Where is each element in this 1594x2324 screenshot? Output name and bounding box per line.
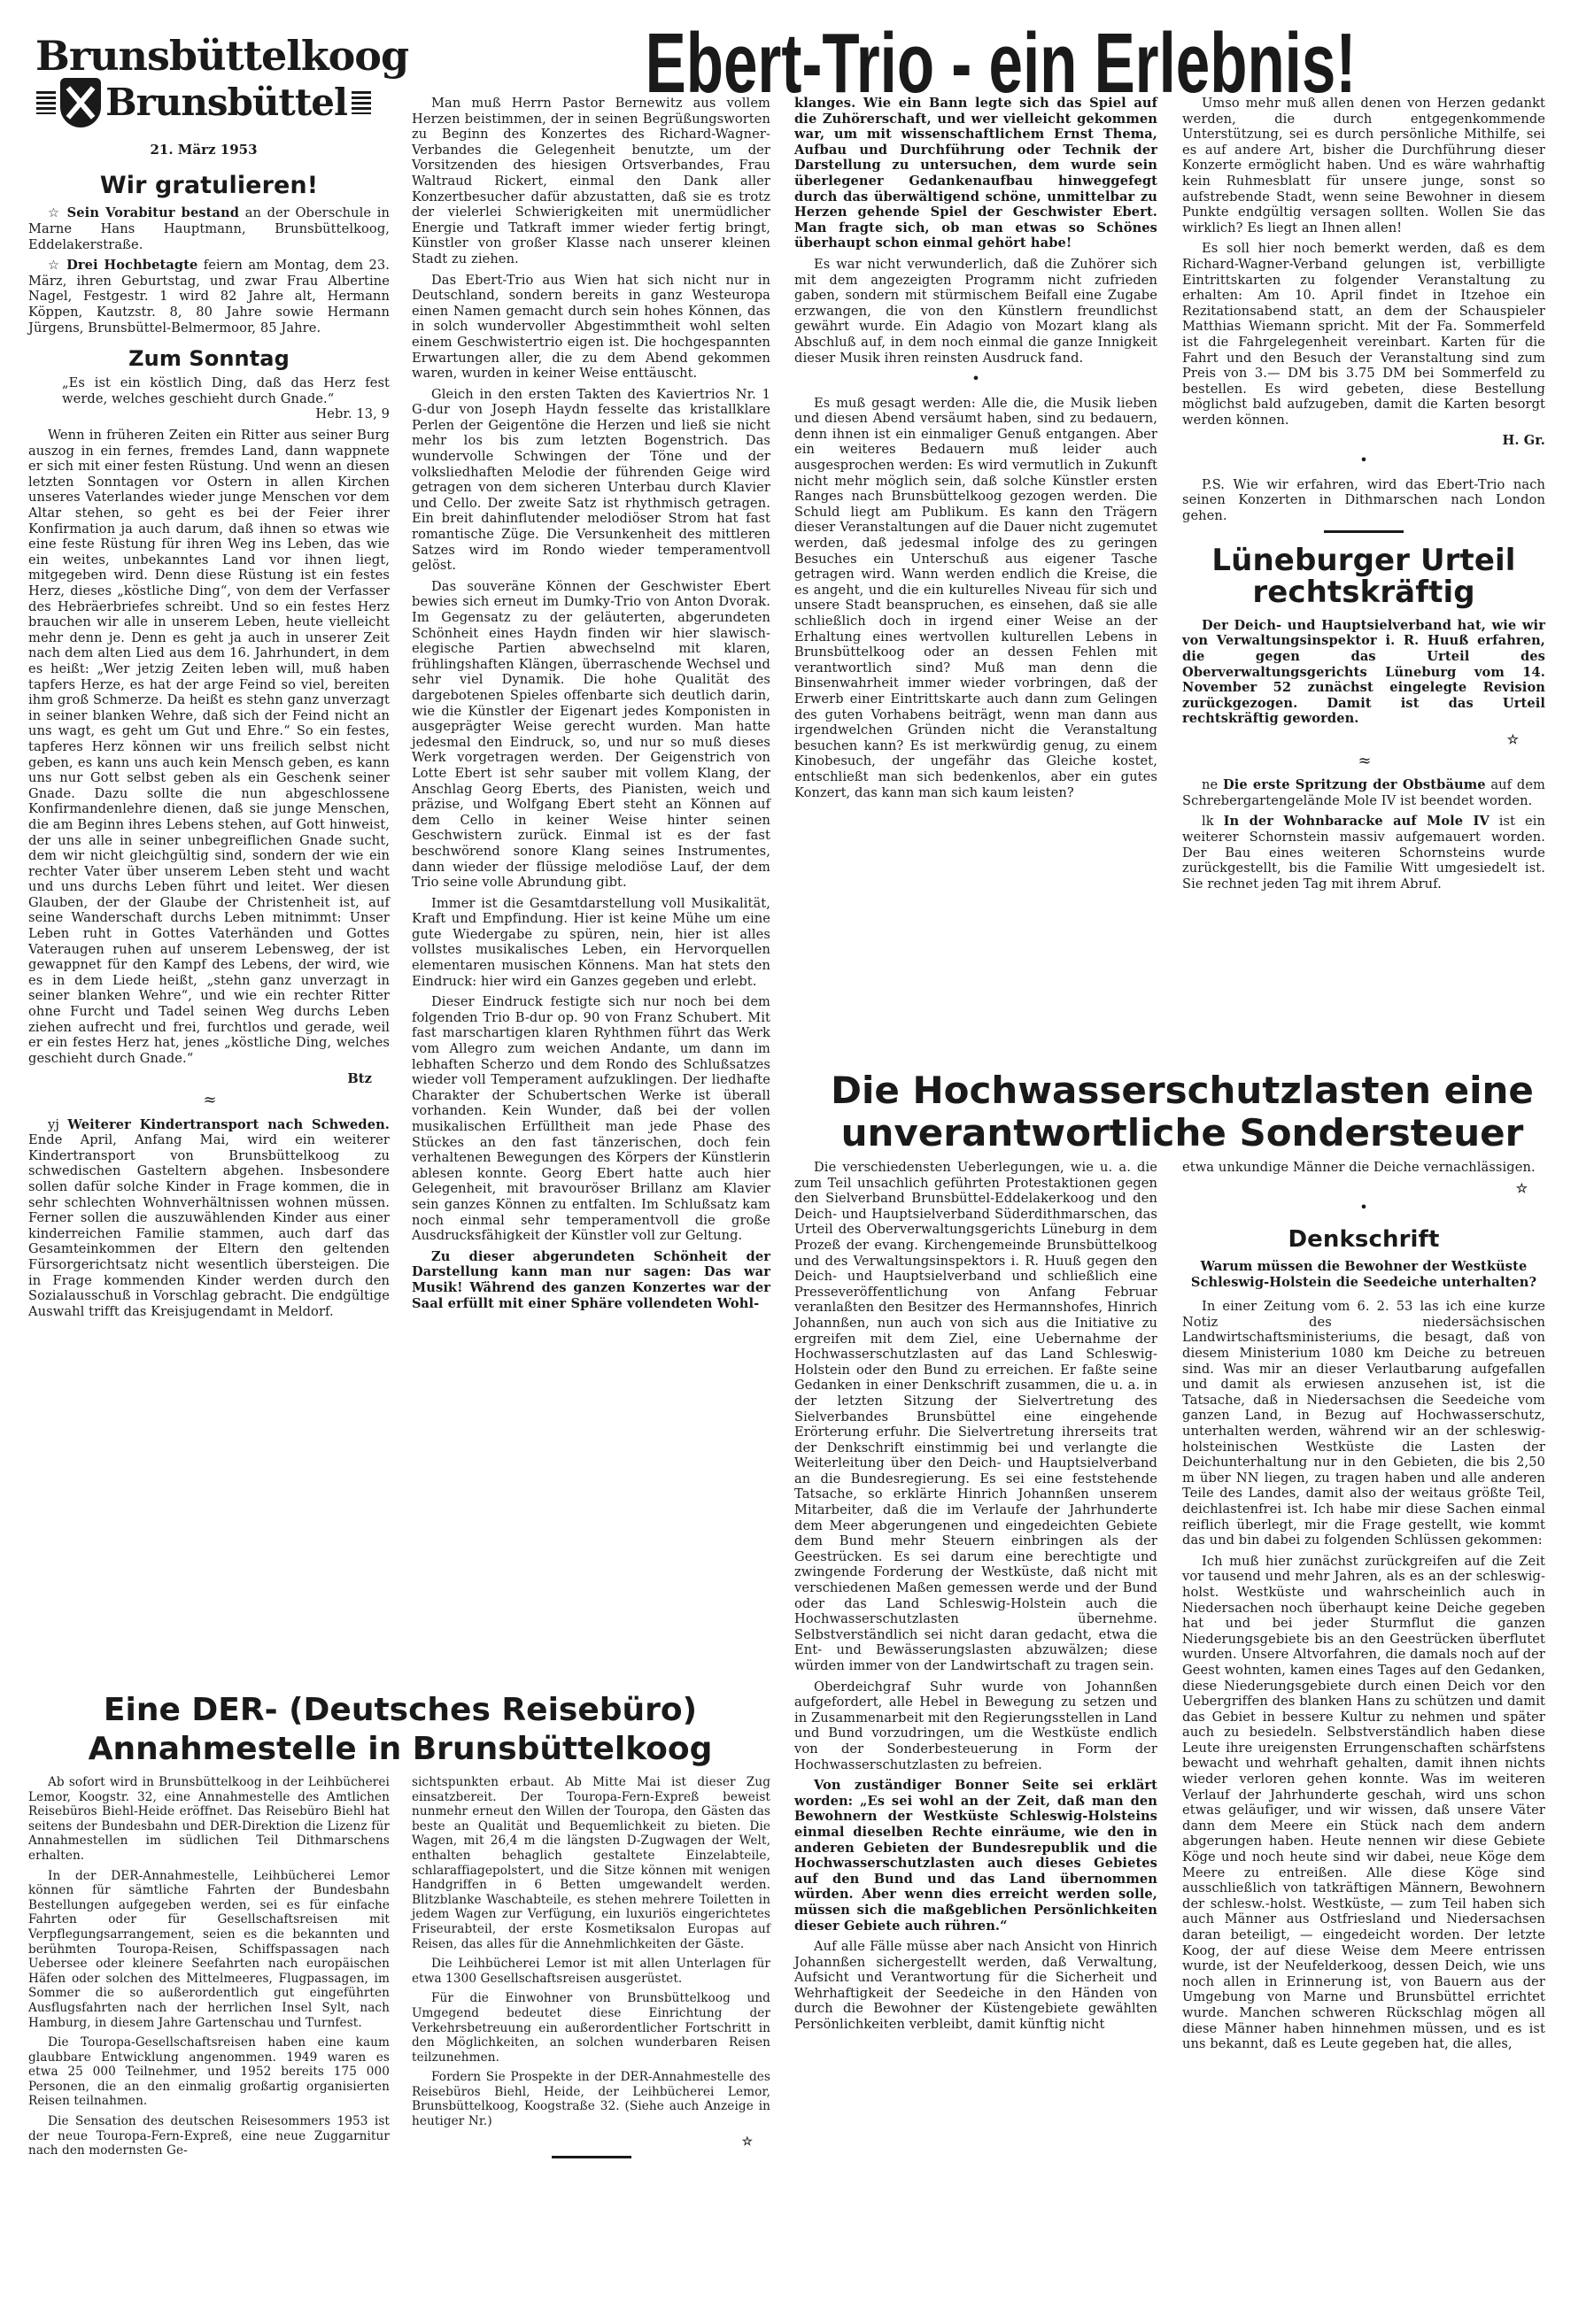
- wave-separator-icon: ≈: [1182, 753, 1545, 769]
- denkschrift-title: Denkschrift: [1182, 1228, 1545, 1252]
- ebert-paragraph: Dieser Eindruck festigte sich nur noch b…: [412, 994, 770, 1244]
- hochwasser-paragraph: etwa unkundige Männer die Deiche vernach…: [1182, 1160, 1545, 1176]
- sonntag-quote: „Es ist ein köstlich Ding, daß das Herz …: [28, 375, 390, 406]
- hochwasser-bold-paragraph: Von zuständiger Bonner Seite sei erklärt…: [794, 1778, 1157, 1934]
- issue-date: 21. März 1953: [35, 142, 372, 158]
- der-title-line2: Annahmestelle in Brunsbüttelkoog: [28, 1730, 772, 1769]
- masthead: Brunsbüttelkoog Brunsbüttel 21. März 195…: [35, 35, 372, 158]
- hochwasser-title-line1: Die Hochwasserschutzlasten eine: [793, 1069, 1572, 1112]
- gratulieren-item-1: ☆ Sein Vorabitur bestand an der Oberschu…: [28, 205, 390, 252]
- gratulieren-item-2: ☆ Drei Hochbetagte feiern am Montag, dem…: [28, 258, 390, 336]
- masthead-line2-row: Brunsbüttel: [35, 78, 372, 127]
- ebert-paragraph: Das souveräne Können der Geschwister Ebe…: [412, 579, 770, 891]
- der-column-2: sichtspunkten erbaut. Ab Mitte Mai ist d…: [412, 1775, 770, 2166]
- ebert-paragraph: Umso mehr muß allen denen von Herzen ged…: [1182, 96, 1545, 235]
- ebert-paragraph: Es war nicht verwunderlich, daß die Zuhö…: [794, 257, 1157, 366]
- star-icon: ☆: [412, 2135, 770, 2150]
- denkschrift-paragraph: Ich muß hier zunächst zurückgreifen auf …: [1182, 1554, 1545, 2052]
- hochwasser-paragraph: Oberdeichgraf Suhr wurde von Johannßen a…: [794, 1679, 1157, 1773]
- ebert-paragraph: Gleich in den ersten Takten des Kaviertr…: [412, 387, 770, 574]
- lueneburg-body: Der Deich- und Hauptsielverband hat, wie…: [1182, 618, 1545, 727]
- ebert-column-1: Man muß Herrn Pastor Bernewitz aus volle…: [412, 96, 770, 1316]
- ebert-postscript: P.S. Wie wir erfahren, wird das Ebert-Tr…: [1182, 477, 1545, 524]
- ribbon-right-icon: [352, 91, 371, 114]
- star-icon: ☆: [1182, 1181, 1545, 1197]
- ebert-paragraph: Es muß gesagt werden: Alle die, die Musi…: [794, 396, 1157, 800]
- der-title: Eine DER- (Deutsches Reisebüro) Annahmes…: [28, 1691, 772, 1769]
- note-wohnbaracke: lk In der Wohnbaracke auf Mole IV ist ei…: [1182, 814, 1545, 892]
- der-paragraph: Die Sensation des deutschen Reisesommers…: [28, 2114, 390, 2158]
- ebert-bold-paragraph: klanges. Wie ein Bann legte sich das Spi…: [794, 96, 1157, 251]
- ribbon-left-icon: [36, 91, 56, 114]
- note-obstbaeume: ne Die erste Spritzung der Obstbäume auf…: [1182, 777, 1545, 808]
- coat-of-arms-shield-icon: [60, 78, 101, 127]
- star-icon: ☆: [48, 258, 61, 273]
- hochwasser-column-1: Die verschiedensten Ueberlegungen, wie u…: [794, 1160, 1157, 2038]
- gratulieren-title: Wir gratulieren!: [28, 174, 390, 198]
- der-paragraph: Ab sofort wird in Brunsbüttelkoog in der…: [28, 1775, 390, 1864]
- ebert-paragraph: Immer ist die Gesamtdarstellung voll Mus…: [412, 896, 770, 990]
- hochwasser-paragraph: Auf alle Fälle müsse aber nach Ansicht v…: [794, 1939, 1157, 2033]
- der-paragraph: Fordern Sie Prospekte in der DER-Annahme…: [412, 2070, 770, 2128]
- ebert-paragraph: Das Ebert-Trio aus Wien hat sich nicht n…: [412, 273, 770, 382]
- ebert-signature: H. Gr.: [1182, 433, 1545, 449]
- section-divider: [552, 2156, 631, 2158]
- star-icon: ☆: [1182, 732, 1545, 748]
- der-paragraph: sichtspunkten erbaut. Ab Mitte Mai ist d…: [412, 1775, 770, 1951]
- hochwasser-title-line2: unverantwortliche Sondersteuer: [793, 1112, 1572, 1154]
- denkschrift-subtitle: Warum müssen die Bewohner der Westküste …: [1182, 1259, 1545, 1290]
- kindertransport-note: yj Weiterer Kindertransport nach Schwede…: [28, 1117, 390, 1320]
- dot-separator-icon: •: [1182, 1200, 1545, 1216]
- ebert-title: Ebert-Trio - ein Erlebnis!: [574, 19, 1428, 108]
- hochwasser-title: Die Hochwasserschutzlasten eine unverant…: [793, 1069, 1572, 1154]
- der-paragraph: Für die Einwohner von Brunsbüttelkoog un…: [412, 1991, 770, 2065]
- der-column-1: Ab sofort wird in Brunsbüttelkoog in der…: [28, 1775, 390, 2164]
- ebert-paragraph: Man muß Herrn Pastor Bernewitz aus volle…: [412, 96, 770, 267]
- lueneburg-title: Lüneburger Urteil rechtskräftig: [1182, 545, 1545, 608]
- denkschrift-paragraph: In einer Zeitung vom 6. 2. 53 las ich ei…: [1182, 1299, 1545, 1548]
- sonntag-signature: Btz: [28, 1071, 390, 1087]
- sonntag-title: Zum Sonntag: [28, 348, 390, 370]
- ebert-bold-paragraph: Zu dieser abgerundeten Schönheit der Dar…: [412, 1249, 770, 1311]
- sonntag-body: Wenn in früheren Zeiten ein Ritter aus s…: [28, 428, 390, 1066]
- der-paragraph: In der DER-Annahmestelle, Leihbücherei L…: [28, 1869, 390, 2031]
- section-divider: [1324, 530, 1404, 533]
- left-column: Wir gratulieren! ☆ Sein Vorabitur bestan…: [28, 174, 390, 1324]
- lueneburg-title-line2: rechtskräftig: [1182, 577, 1545, 609]
- masthead-line2: Brunsbüttel: [105, 82, 347, 123]
- lueneburg-title-line1: Lüneburger Urteil: [1182, 545, 1545, 577]
- dot-separator-icon: •: [1182, 452, 1545, 468]
- ebert-paragraph: Es soll hier noch bemerkt werden, daß es…: [1182, 241, 1545, 428]
- der-paragraph: Die Leihbücherei Lemor ist mit allen Unt…: [412, 1957, 770, 1986]
- ebert-column-2: klanges. Wie ein Bann legte sich das Spi…: [794, 96, 1157, 806]
- dot-separator-icon: •: [794, 371, 1157, 387]
- hochwasser-paragraph: Die verschiedensten Ueberlegungen, wie u…: [794, 1160, 1157, 1674]
- hochwasser-column-2: etwa unkundige Männer die Deiche vernach…: [1182, 1160, 1545, 2058]
- ebert-column-3: Umso mehr muß allen denen von Herzen ged…: [1182, 96, 1545, 897]
- der-title-line1: Eine DER- (Deutsches Reisebüro): [28, 1691, 772, 1730]
- sonntag-quote-ref: Hebr. 13, 9: [28, 406, 390, 422]
- masthead-line1: Brunsbüttelkoog: [35, 35, 372, 76]
- der-paragraph: Die Touropa-Gesellschaftsreisen haben ei…: [28, 2035, 390, 2109]
- wave-separator-icon: ≈: [28, 1093, 390, 1108]
- star-icon: ☆: [48, 205, 61, 220]
